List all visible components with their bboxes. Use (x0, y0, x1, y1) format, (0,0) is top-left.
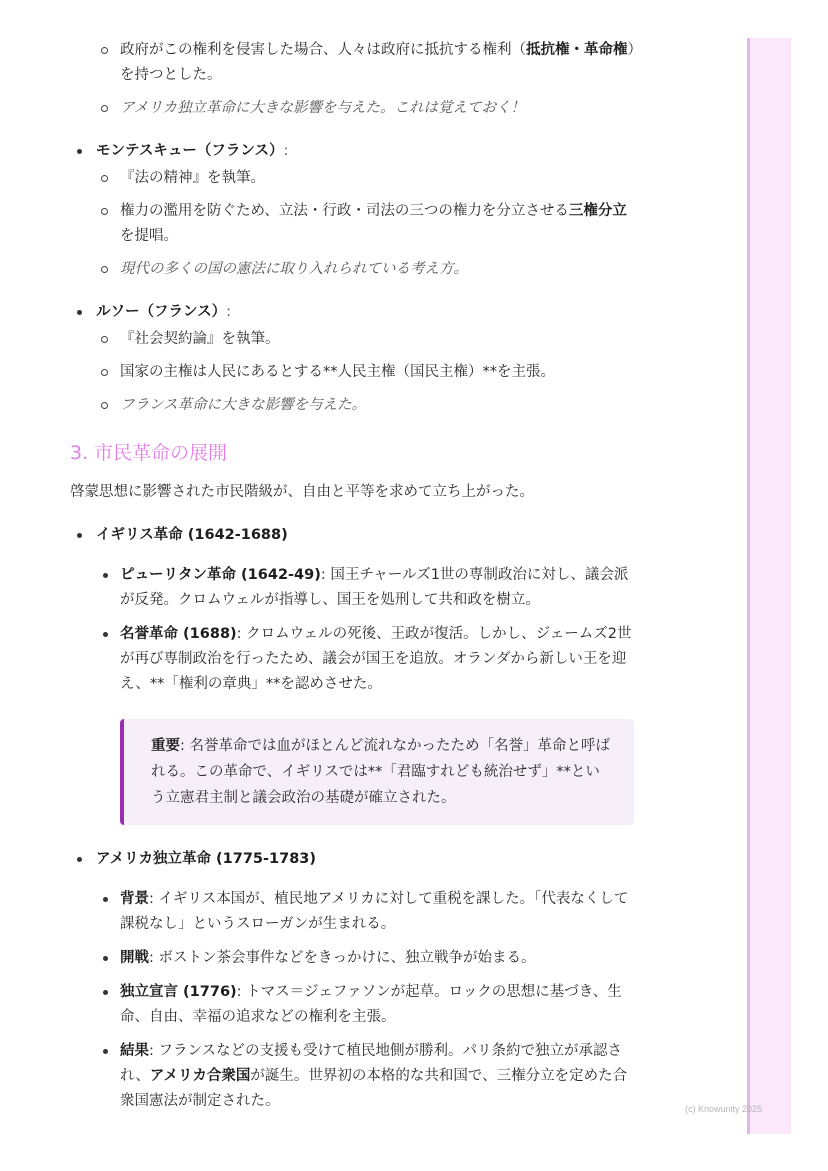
section-intro: 啓蒙思想に影響された市民階級が、自由と平等を求めて立ち上がった。 (70, 480, 635, 505)
bullet-icon (77, 533, 82, 538)
list-item: フランス革命に大きな影響を与えた。 (70, 393, 635, 418)
bullet-icon (103, 956, 108, 961)
bullet-icon (103, 897, 108, 902)
circle-bullet-icon (101, 208, 108, 215)
circle-bullet-icon (101, 336, 108, 343)
list-item: ピューリタン革命 (1642-49): 国王チャールズ1世の専制政治に対し、議会… (70, 563, 635, 613)
english-revolution-heading: イギリス革命 (1642-1688) (70, 523, 635, 548)
circle-bullet-icon (101, 47, 108, 54)
bullet-icon (103, 573, 108, 578)
side-margin-band (747, 38, 791, 1134)
list-item: 権力の濫用を防ぐため、立法・行政・司法の三つの権力を分立させる三権分立を提唱。 (70, 199, 635, 249)
list-item: アメリカ独立革命に大きな影響を与えた。これは覚えておく！ (70, 96, 635, 121)
philosopher-montesquieu: モンテスキュー（フランス）: (70, 139, 635, 164)
list-item: 現代の多くの国の憲法に取り入れられている考え方。 (70, 257, 635, 282)
list-item: 政府がこの権利を侵害した場合、人々は政府に抵抗する権利（抵抗権・革命権）を持つと… (70, 38, 635, 88)
circle-bullet-icon (101, 402, 108, 409)
circle-bullet-icon (101, 105, 108, 112)
copyright-footer: (c) Knowunity 2025 (685, 1104, 762, 1114)
list-item: 独立宣言 (1776): トマス＝ジェファソンが起草。ロックの思想に基づき、生命… (70, 980, 635, 1030)
bullet-icon (103, 990, 108, 995)
list-item: 名誉革命 (1688): クロムウェルの死後、王政が復活。しかし、ジェームズ2世… (70, 622, 635, 697)
bullet-icon (103, 1049, 108, 1054)
list-item: 国家の主権は人民にあるとする**人民主権（国民主権）**を主張。 (70, 360, 635, 385)
bullet-icon (77, 310, 82, 315)
document-content: 政府がこの権利を侵害した場合、人々は政府に抵抗する権利（抵抗権・革命権）を持つと… (70, 38, 635, 1123)
american-revolution-heading: アメリカ独立革命 (1775-1783) (70, 847, 635, 872)
list-item: 結果: フランスなどの支援も受けて植民地側が勝利。パリ条約で独立が承認され、アメ… (70, 1039, 635, 1114)
bullet-icon (77, 149, 82, 154)
circle-bullet-icon (101, 369, 108, 376)
philosopher-rousseau: ルソー（フランス）: (70, 300, 635, 325)
list-item: 背景: イギリス本国が、植民地アメリカに対して重税を課した。「代表なくして課税な… (70, 887, 635, 937)
document-page: (c) Knowunity 2025 政府がこの権利を侵害した場合、人々は政府に… (0, 0, 828, 1171)
list-item: 『社会契約論』を執筆。 (70, 327, 635, 352)
list-item: 『法の精神』を執筆。 (70, 166, 635, 191)
bullet-icon (77, 857, 82, 862)
list-item: 開戦: ボストン茶会事件などをきっかけに、独立戦争が始まる。 (70, 946, 635, 971)
important-callout: 重要: 名誉革命では血がほとんど流れなかったため「名誉」革命と呼ばれる。この革命… (120, 719, 634, 825)
circle-bullet-icon (101, 266, 108, 273)
circle-bullet-icon (101, 175, 108, 182)
section-heading: 3. 市民革命の展開 (70, 440, 635, 466)
bullet-icon (103, 632, 108, 637)
